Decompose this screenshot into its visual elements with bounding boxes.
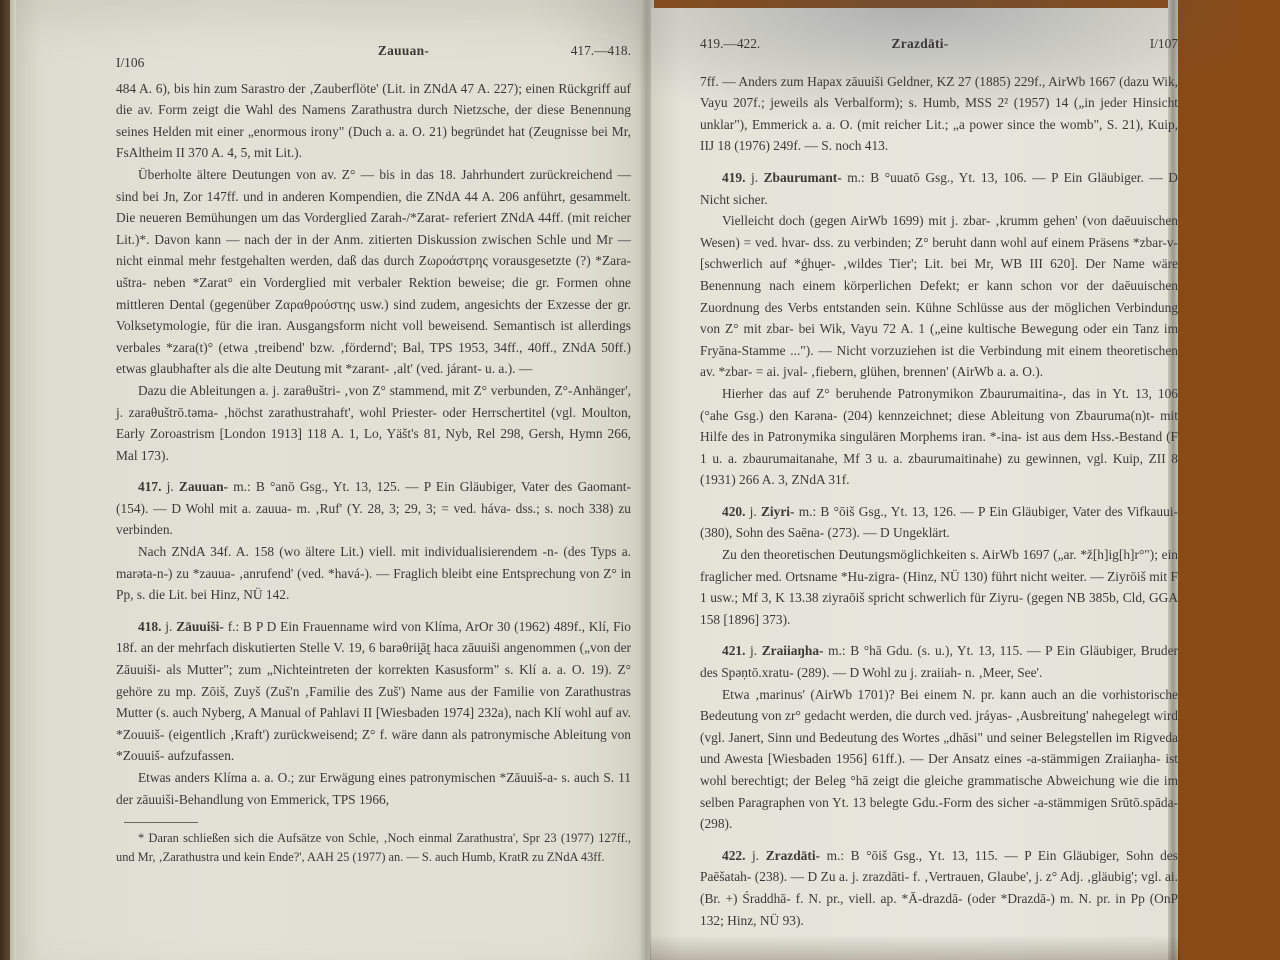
entry-note: Zu den theoretischen Deutungsmöglichkeit… <box>700 544 1178 630</box>
entry-lemma: Zrazdāti- <box>766 848 820 863</box>
entry-language: j. <box>167 479 174 494</box>
paragraph: 484 A. 6), bis hin zum Sarastro der ‚Zau… <box>116 78 631 164</box>
right-page-text: 419.—422. Zrazdāti- I/107 7ff. — Anders … <box>700 33 1178 931</box>
entry-language: j. <box>752 848 759 863</box>
entry-420: 420. j. Ziyri- m.: B °ōiš Gsg., Yt. 13, … <box>700 501 1178 544</box>
paragraph: Überholte ältere Deutungen von av. Z° — … <box>116 164 631 380</box>
left-page-edge <box>10 0 16 960</box>
running-title-left: Zauuan- <box>378 40 429 62</box>
entry-421: 421. j. Zraiiaŋha- m.: B °hā Gdu. (s. u.… <box>700 640 1178 683</box>
entry-number: 420. <box>722 504 745 519</box>
entry-lemma: Zauuan- <box>179 479 228 494</box>
entry-language: j. <box>750 643 757 658</box>
entry-422: 422. j. Zrazdāti- m.: B °ōiš Gsg., Yt. 1… <box>700 845 1178 931</box>
entry-number: 422. <box>722 848 745 863</box>
running-title-right: Zrazdāti- <box>892 33 949 55</box>
footnote-divider <box>124 822 198 823</box>
entry-number: 417. <box>138 479 161 494</box>
entry-418: 418. j. Zāuuiši- f.: B P D Ein Frauennam… <box>116 616 631 767</box>
entry-lemma: Zbaurumant- <box>764 170 842 185</box>
page-number-right: I/107 <box>1150 33 1178 55</box>
entry-419: 419. j. Zbaurumant- m.: B °uuatō Gsg., Y… <box>700 167 1178 210</box>
entry-text: f.: B P D Ein Frauenname wird von Klíma,… <box>116 619 631 764</box>
footnote: * Daran schließen sich die Aufsätze von … <box>116 829 631 867</box>
entry-range-right: 419.—422. <box>700 33 760 55</box>
page-bottom-shadow <box>650 935 1180 960</box>
entry-lemma: Zāuuiši- <box>176 619 224 634</box>
entry-language: j. <box>751 170 758 185</box>
entry-language: j. <box>750 504 757 519</box>
entry-number: 421. <box>722 643 745 658</box>
entry-range-left: 417.—418. <box>571 40 631 62</box>
page-number-left: I/106 <box>116 52 144 74</box>
entry-number: 418. <box>138 619 161 634</box>
continuation-paragraph: 7ff. — Anders zum Hapax zāuuiši Geldner,… <box>700 71 1178 157</box>
left-running-head: I/106 Zauuan- 417.—418. <box>116 40 631 62</box>
entry-note: Etwas anders Klíma a. a. O.; zur Erwägun… <box>116 767 631 810</box>
paragraph: Dazu die Ableitungen a. j. zaraθuštri- ‚… <box>116 380 631 466</box>
right-running-head: 419.—422. Zrazdāti- I/107 <box>700 33 1178 55</box>
entry-lemma: Zraiiaŋha- <box>762 643 824 658</box>
entry-note: Hierher das auf Z° beruhende Patronymiko… <box>700 383 1178 491</box>
entry-lemma: Ziyri- <box>761 504 794 519</box>
entry-note: Vielleicht doch (gegen AirWb 1699) mit j… <box>700 210 1178 383</box>
left-page-text: I/106 Zauuan- 417.—418. 484 A. 6), bis h… <box>116 40 631 867</box>
entry-note: Etwa ‚marinus' (AirWb 1701)? Bei einem N… <box>700 684 1178 835</box>
entry-417: 417. j. Zauuan- m.: B °anō Gsg., Yt. 13,… <box>116 476 631 541</box>
entry-language: j. <box>165 619 172 634</box>
entry-number: 419. <box>722 170 745 185</box>
entry-note: Nach ZNdA 34f. A. 158 (wo ältere Lit.) v… <box>116 541 631 606</box>
